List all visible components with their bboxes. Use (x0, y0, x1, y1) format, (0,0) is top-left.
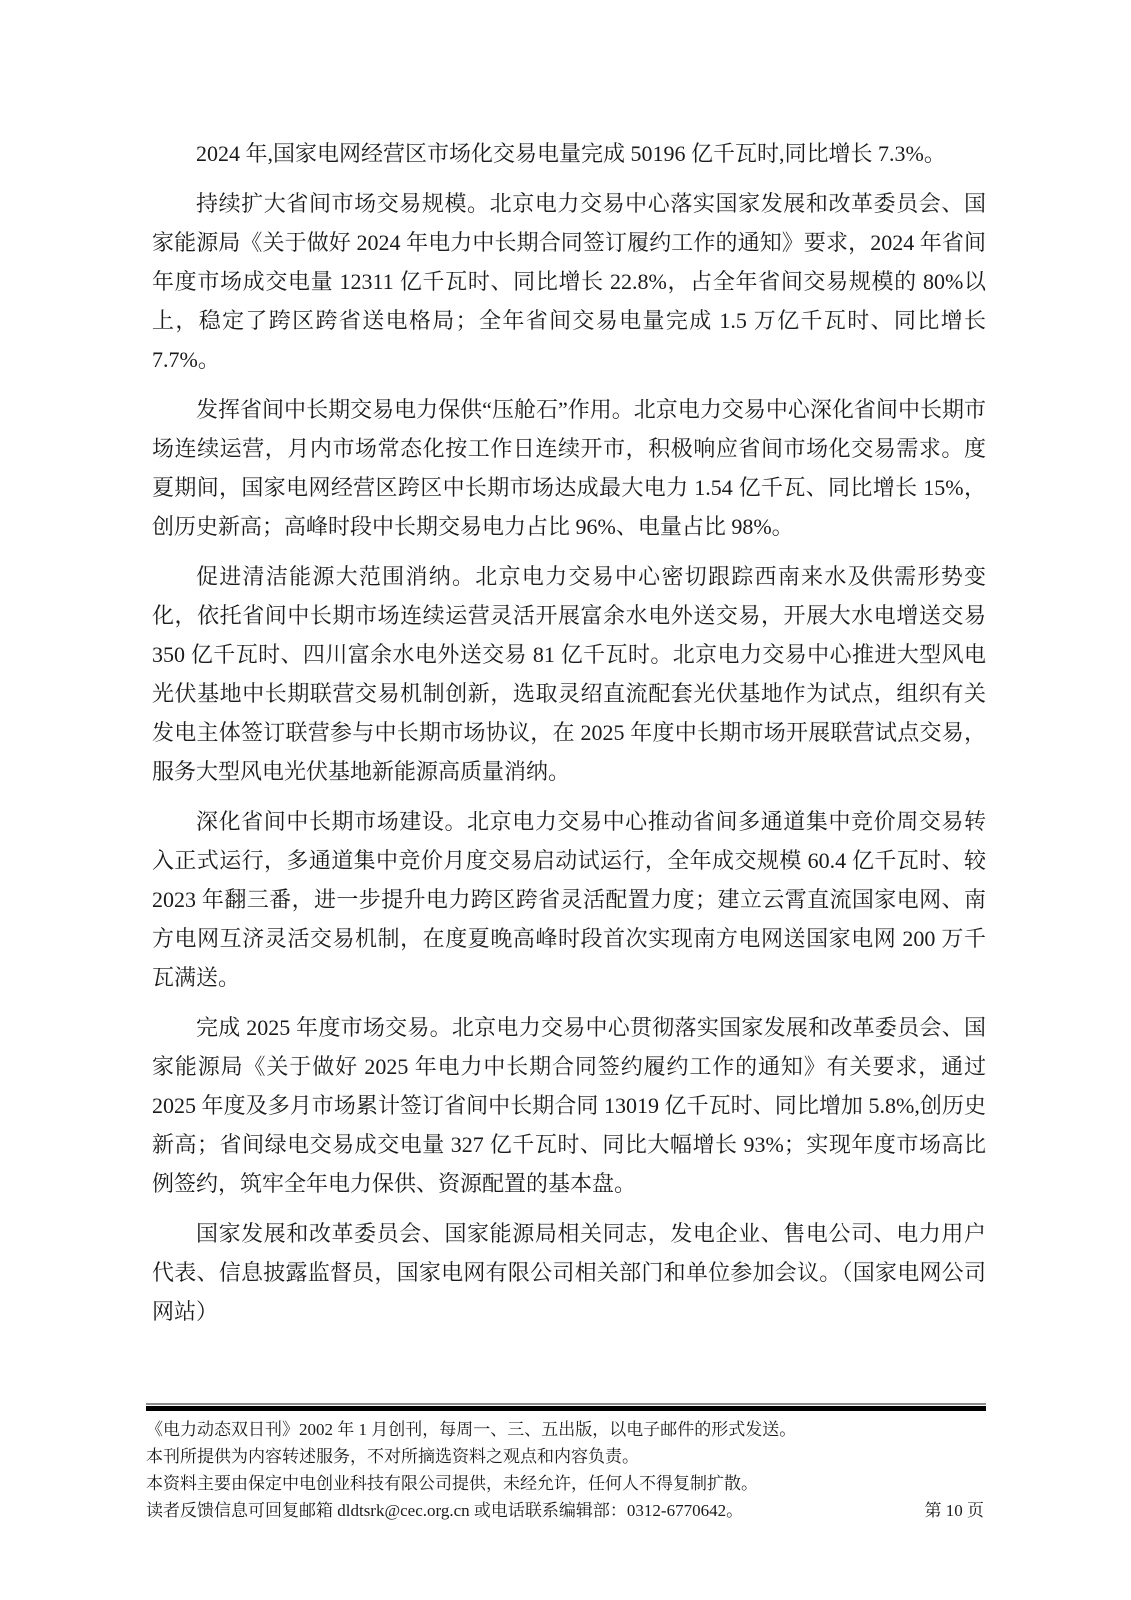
footer-line-contact: 读者反馈信息可回复邮箱 dldtsrk@cec.org.cn 或电话联系编辑部：… (146, 1497, 743, 1524)
footer-last-row: 读者反馈信息可回复邮箱 dldtsrk@cec.org.cn 或电话联系编辑部：… (146, 1497, 986, 1524)
article-body: 2024 年,国家电网经营区市场化交易电量完成 50196 亿千瓦时,同比增长 … (152, 134, 986, 1342)
page-number: 第 10 页 (925, 1497, 987, 1524)
body-paragraph: 发挥省间中长期交易电力保供“压舱石”作用。北京电力交易中心深化省间中长期市场连续… (152, 390, 986, 546)
body-paragraph: 完成 2025 年度市场交易。北京电力交易中心贯彻落实国家发展和改革委员会、国家… (152, 1008, 986, 1203)
body-paragraph: 持续扩大省间市场交易规模。北京电力交易中心落实国家发展和改革委员会、国家能源局《… (152, 184, 986, 379)
body-paragraph: 促进清洁能源大范围消纳。北京电力交易中心密切跟踪西南来水及供需形势变化，依托省间… (152, 557, 986, 791)
body-paragraph: 国家发展和改革委员会、国家能源局相关同志，发电企业、售电公司、电力用户代表、信息… (152, 1214, 986, 1331)
footer-divider-thick-line (146, 1406, 986, 1411)
footer-line-publication-info: 《电力动态双日刊》2002 年 1 月创刊，每周一、三、五出版，以电子邮件的形式… (146, 1416, 986, 1443)
body-paragraph: 深化省间中长期市场建设。北京电力交易中心推动省间多通道集中竞价周交易转入正式运行… (152, 802, 986, 997)
document-page: 2024 年,国家电网经营区市场化交易电量完成 50196 亿千瓦时,同比增长 … (0, 0, 1131, 1600)
body-paragraph: 2024 年,国家电网经营区市场化交易电量完成 50196 亿千瓦时,同比增长 … (152, 134, 986, 173)
footer-line-copyright: 本资料主要由保定中电创业科技有限公司提供，未经允许，任何人不得复制扩散。 (146, 1470, 986, 1497)
footer-line-disclaimer: 本刊所提供为内容转述服务，不对所摘选资料之观点和内容负责。 (146, 1443, 986, 1470)
page-footer: 《电力动态双日刊》2002 年 1 月创刊，每周一、三、五出版，以电子邮件的形式… (146, 1403, 986, 1524)
footer-divider (146, 1403, 986, 1411)
footer-text-block: 《电力动态双日刊》2002 年 1 月创刊，每周一、三、五出版，以电子邮件的形式… (146, 1416, 986, 1524)
